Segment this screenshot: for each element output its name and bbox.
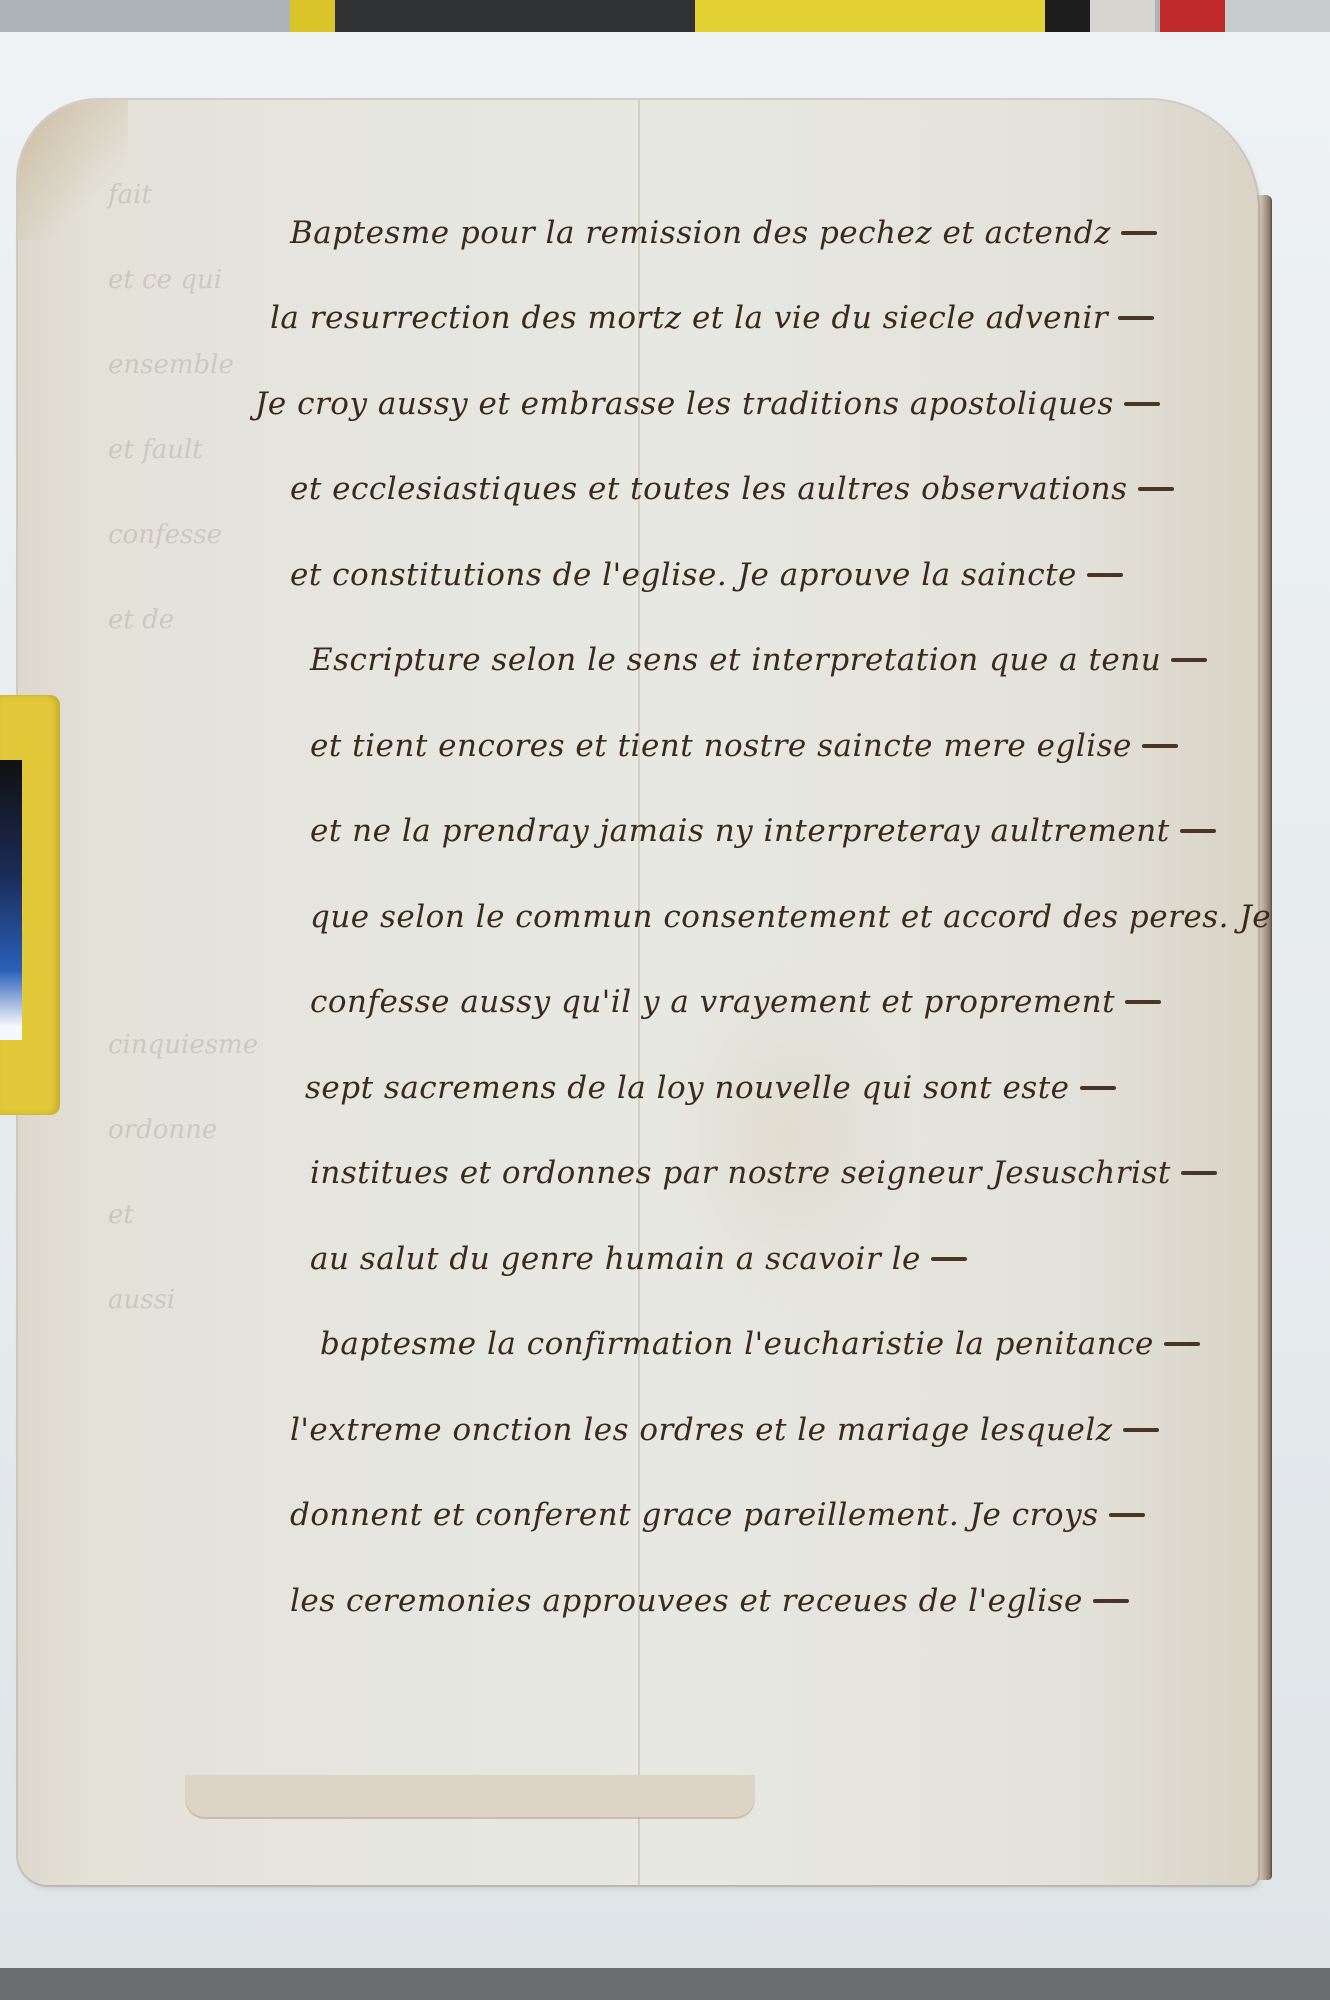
text-line: au salut du genre humain a scavoir le: [290, 1216, 1230, 1302]
bleed-through-text: et: [108, 1200, 134, 1230]
background-object: [1090, 0, 1155, 36]
line-filler: [1080, 1086, 1116, 1090]
text-line: que selon le commun consentement et acco…: [290, 874, 1230, 960]
line-filler: [1181, 1171, 1217, 1175]
line-filler: [1109, 1513, 1145, 1517]
bleed-through-text: aussi: [108, 1285, 175, 1315]
text-line: baptesme la confirmation l'eucharistie l…: [300, 1302, 1230, 1388]
background-object: [290, 0, 335, 36]
table-edge: [0, 1968, 1330, 2000]
bleed-through-text: ensemble: [108, 350, 234, 380]
torn-bottom-edge: [185, 1775, 755, 1817]
bleed-through-text: confesse: [108, 520, 222, 550]
line-filler: [1142, 744, 1178, 748]
handwritten-text: Baptesme pour la remission des pechez et…: [290, 190, 1230, 1644]
text-line: et tient encores et tient nostre saincte…: [290, 703, 1230, 789]
line-filler: [1171, 658, 1207, 662]
text-line: et ne la prendray jamais ny interpretera…: [290, 789, 1230, 875]
bleed-through-text: ordonne: [108, 1115, 217, 1145]
line-filler: [1087, 573, 1123, 577]
line-filler: [1180, 829, 1216, 833]
bleed-through-text: et fault: [108, 435, 203, 465]
text-line: confesse aussy qu'il y a vrayement et pr…: [290, 960, 1230, 1046]
text-line: l'extreme onction les ordres et le maria…: [290, 1387, 1230, 1473]
line-filler: [1118, 316, 1154, 320]
background-object: [1225, 0, 1330, 36]
text-line: Escripture selon le sens et interpretati…: [290, 618, 1230, 704]
line-filler: [1164, 1342, 1200, 1346]
background-object: [1160, 0, 1225, 36]
text-line: institues et ordonnes par nostre seigneu…: [290, 1131, 1230, 1217]
text-line: Baptesme pour la remission des pechez et…: [290, 190, 1230, 276]
line-filler: [1121, 231, 1157, 235]
bleed-through-text: fait: [108, 180, 152, 210]
bleed-through-text: et ce qui: [108, 265, 222, 295]
text-line: sept sacremens de la loy nouvelle qui so…: [285, 1045, 1230, 1131]
text-line: et constitutions de l'eglise. Je aprouve…: [290, 532, 1230, 618]
text-line: la resurrection des mortz et la vie du s…: [270, 276, 1230, 362]
text-line: donnent et conferent grace pareillement.…: [290, 1473, 1230, 1559]
text-line: et ecclesiastiques et toutes les aultres…: [290, 447, 1230, 533]
line-filler: [1125, 1000, 1161, 1004]
line-filler: [1123, 1428, 1159, 1432]
color-calibration-clip: [0, 695, 60, 1115]
background-object: [335, 0, 695, 36]
line-filler: [1124, 402, 1160, 406]
background-object: [1045, 0, 1090, 36]
bleed-through-text: et de: [108, 605, 174, 635]
text-line: Je croy aussy et embrasse les traditions…: [255, 361, 1230, 447]
bleed-through-text: cinquiesme: [108, 1030, 258, 1060]
background-object: [695, 0, 1045, 36]
line-filler: [1138, 487, 1174, 491]
text-line: les ceremonies approuvees et receues de …: [290, 1558, 1230, 1644]
line-filler: [1093, 1599, 1129, 1603]
line-filler: [931, 1257, 967, 1261]
calibration-target: [0, 760, 22, 1040]
